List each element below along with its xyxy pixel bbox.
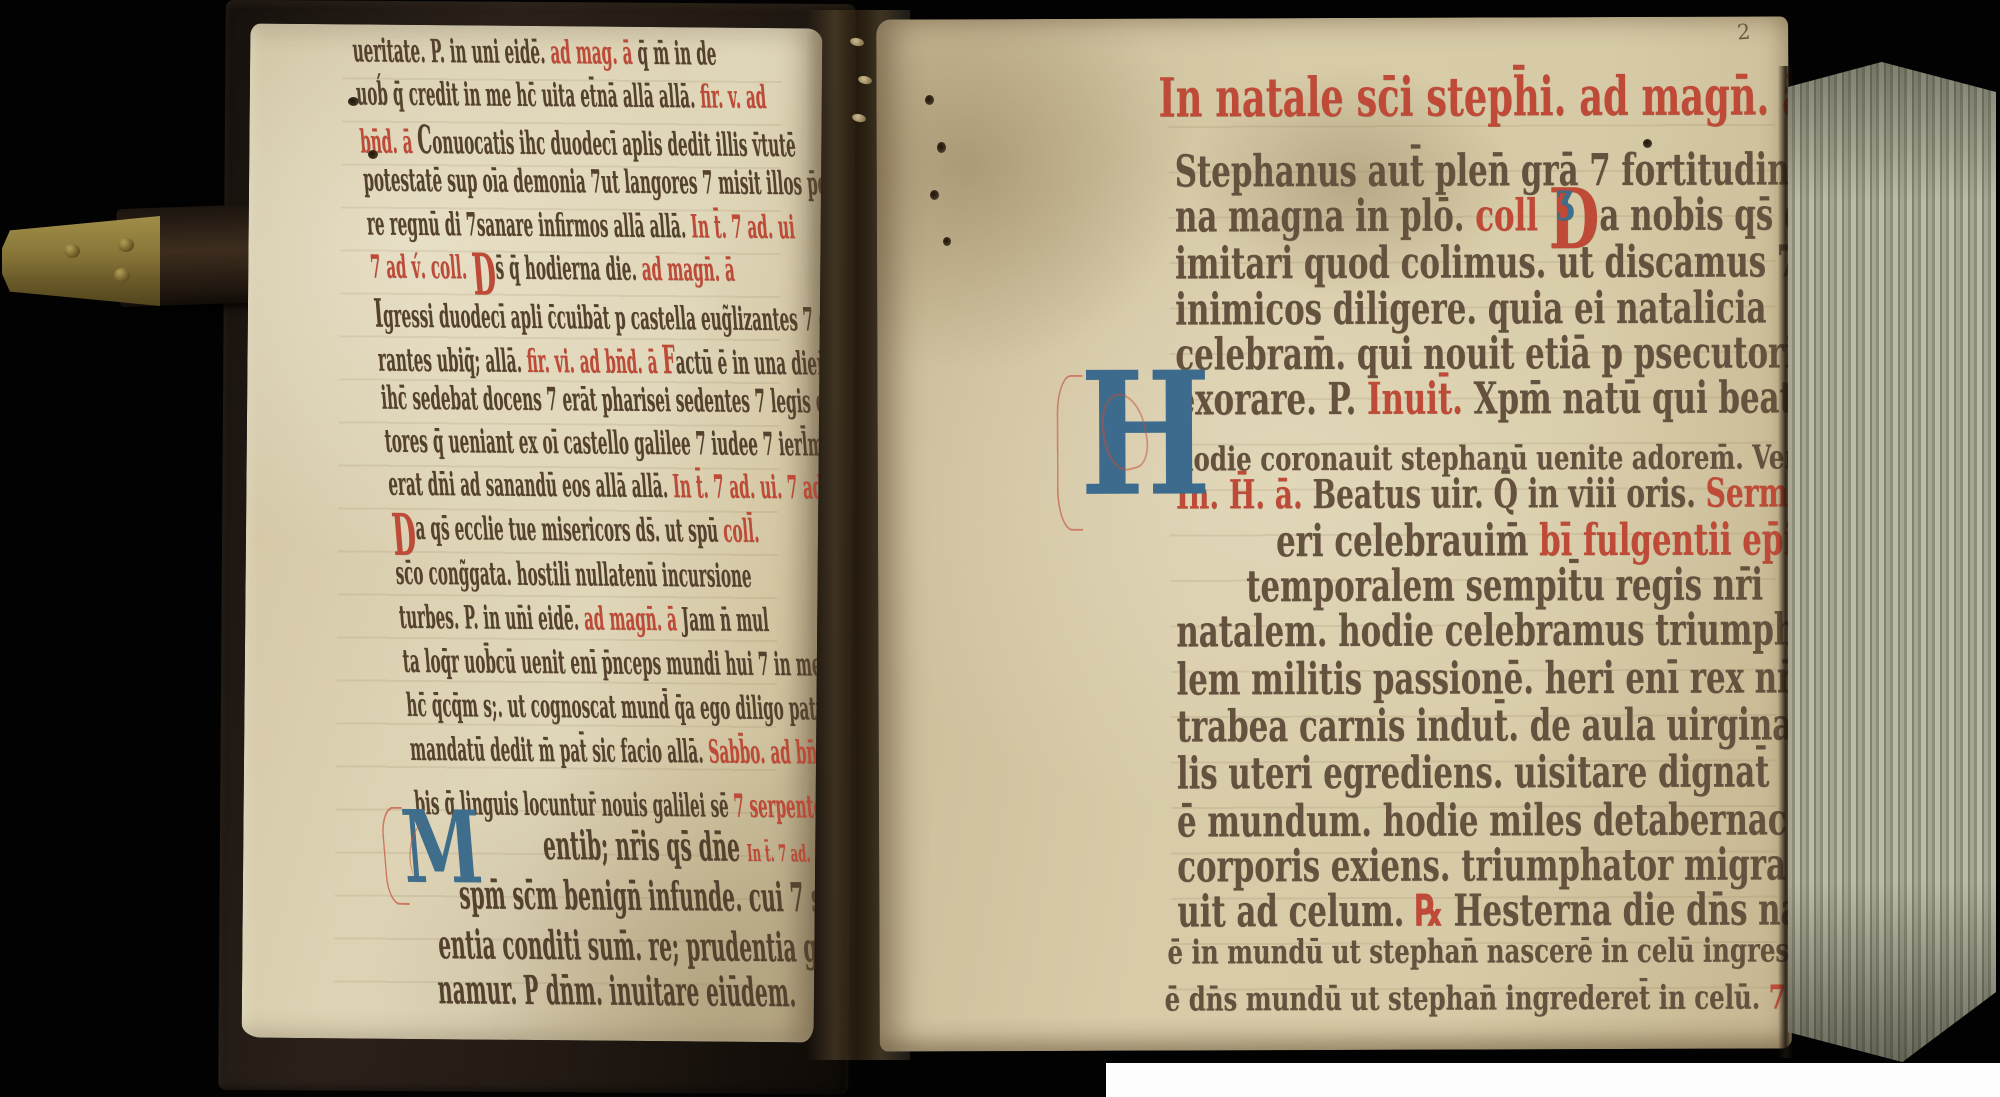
manuscript-text-line: Igressi duodecī apli c̄cuibāt p castella… bbox=[373, 295, 823, 338]
manuscript-text-line: lem militis passionē. heri enī rex nr̄ bbox=[1176, 656, 1791, 702]
text-run: 7 ad v́. coll. bbox=[369, 248, 474, 287]
right-page-text-block: In natale sc̄i steph̄i. ad magn̄. āSteph… bbox=[876, 16, 1792, 1051]
text-run: actū ē in una dier̄ bbox=[674, 343, 822, 382]
text-run: spm̄ sc̄m benign̄ infunde. cui 7 sapi bbox=[457, 871, 822, 922]
text-run: ad magn̄. ā bbox=[582, 599, 683, 638]
manuscript-text-line: turbes. P. in un̄i eidē. ad magn̄. ā Jam… bbox=[398, 601, 770, 636]
text-run: imitari quod colimus. ut discamus 7 bbox=[1175, 236, 1792, 289]
text-run: bī fulgentii ep̄i bbox=[1539, 514, 1792, 566]
manuscript-text-line: lis uteri egrediens. uisitare dignat̄ bbox=[1177, 750, 1770, 796]
manuscript-text-line: sc̄o cong̃gata. hostili nullatenū incurs… bbox=[394, 557, 752, 592]
wormhole bbox=[943, 237, 951, 246]
manuscript-text-line: mandatū dedit m̄ pat̄ sic facio allā. Sa… bbox=[409, 733, 823, 769]
text-run: namur. P dn̄m. inuitare eiūdem. bbox=[436, 966, 798, 1016]
text-run: lis uteri egrediens. uisitare dignat̄ bbox=[1177, 746, 1770, 799]
manuscript-text-line: uob́ q̄ credit in me hc̄ uita et̄nā allā… bbox=[355, 77, 768, 113]
manuscript-text-line: potestatē sup oīa demonia 7ut langores 7… bbox=[362, 164, 823, 200]
manuscript-text-line: tores q̄ ueniant ex oī castello galilee … bbox=[383, 425, 822, 461]
text-run: coll̄. bbox=[722, 512, 761, 550]
text-run: ē dn̄s mundū ut stephan̄ ingrederet̄ in … bbox=[1165, 977, 1769, 1018]
text-run: trabea carnis indut̄. de aula uirgina bbox=[1177, 699, 1792, 752]
text-run: turbes. P. in un̄i eidē. bbox=[398, 598, 586, 638]
text-run: erat dn̄i ad sanandū eos allā allā. bbox=[387, 465, 675, 506]
manuscript-text-line: In natale sc̄i steph̄i. ad magn̄. ā bbox=[1158, 68, 1791, 124]
manuscript-text-line: Stephanus aut̄ plen̄ grā 7 fortitudine f… bbox=[1175, 148, 1792, 195]
text-run: a qs̄ ecclie tue misericors ds̄. ut spū bbox=[414, 509, 725, 550]
manuscript-text-line: ueritate. P. in uni eidē. ad mag. ā q̄ m… bbox=[351, 34, 717, 69]
manuscript-text-line: entib; nr̄is qs̄ dn̄e In t̄. 7 ad. ui. c… bbox=[541, 826, 822, 869]
brass-clasp-plate bbox=[2, 216, 160, 306]
text-run: ueritate. P. in uni eidē. bbox=[351, 31, 552, 71]
text-run: uit ad celum. bbox=[1177, 886, 1415, 938]
manuscript-text-line: corporis exiens. triumphator migra bbox=[1177, 843, 1786, 889]
wormhole bbox=[937, 142, 946, 153]
manuscript-text-line: 7 ad v́. coll. Ds̄ q̄ hodierna die. ad m… bbox=[369, 251, 736, 286]
wormhole bbox=[348, 97, 359, 106]
manuscript-text-line: hc̄ q̄cq̄m s;. ut cognoscat mund̄ q̄a eg… bbox=[405, 689, 822, 725]
manuscript-text-line: Da qs̄ ecclie tue misericors ds̄. ut spū… bbox=[391, 512, 761, 547]
manuscript-text-line: entia conditi sum̄. re; prudentia guber bbox=[436, 925, 822, 969]
binding-stitch bbox=[851, 113, 866, 124]
text-run: eri celebrauim̄ bbox=[1276, 515, 1539, 567]
manuscript-text-line: ē dn̄s mundū ut stephan̄ ingrederet̄ in … bbox=[1165, 980, 1792, 1015]
text-run: potestatē sup oīa demonia 7ut langores 7… bbox=[362, 160, 823, 202]
manuscript-text-line: inimicos diligere. quia ei natalicia bbox=[1175, 286, 1766, 332]
text-run: onuocatis ihc duodecī aplis dedit illis … bbox=[431, 123, 798, 164]
manuscript-text-line: spm̄ sc̄m benign̄ infunde. cui 7 sapi bbox=[457, 875, 822, 919]
text-run: fir. vi. ad bn̄d. ā bbox=[525, 342, 664, 381]
text-run: tores q̄ ueniant ex oī castello galilee … bbox=[383, 422, 822, 464]
text-run: ta loq̄r uob̄cū uenit enī p̄nceps mundi … bbox=[401, 642, 822, 684]
text-run: s̄ q̄ hodierna die. bbox=[494, 249, 643, 288]
manuscript-text-line: na magna in plō. coll Da nobis qs̄ dn̄e bbox=[1175, 193, 1792, 239]
manuscript-text-line: eri celebrauim̄ bī fulgentii ep̄i bbox=[1276, 518, 1792, 564]
text-run: Jam n̄ mul bbox=[680, 600, 770, 639]
wormhole bbox=[925, 95, 934, 105]
text-run: na magna in plō. bbox=[1175, 191, 1475, 243]
text-run: ℞ bbox=[1415, 886, 1454, 937]
text-run: uob́ q̄ credit in me hc̄ uita et̄nā allā… bbox=[355, 74, 702, 115]
manuscript-text-line: imitari quod colimus. ut discamus 7 bbox=[1175, 240, 1792, 286]
manuscript-text-line: exorare. P. Inuit̄. Xpm̄ natū qui beatū bbox=[1175, 376, 1791, 422]
clasp-rivet bbox=[114, 268, 130, 282]
text-run: re regnū di 7sanare infirmos allā allā. bbox=[365, 205, 692, 246]
manuscript-text-line: re regnū di 7sanare infirmos allā allā. … bbox=[365, 208, 795, 244]
text-run: entib; nr̄is qs̄ dn̄e bbox=[541, 822, 749, 871]
wormhole bbox=[1643, 139, 1652, 148]
left-page-verso: ueritate. P. in uni eidē. ad mag. ā q̄ m… bbox=[242, 24, 823, 1043]
text-run: coll bbox=[1475, 190, 1549, 241]
manuscript-text-line: namur. P dn̄m. inuitare eiūdem. bbox=[436, 970, 797, 1013]
manuscript-photo: ueritate. P. in uni eidē. ad mag. ā q̄ m… bbox=[0, 0, 2000, 1097]
clasp-rivet bbox=[118, 238, 134, 252]
text-run: q̄ m̄ in de bbox=[636, 34, 718, 73]
text-run: natalem. hodie celebramus triumpha bbox=[1176, 604, 1792, 657]
text-run: ad magn̄. ā bbox=[640, 250, 736, 289]
white-backdrop-strip bbox=[1106, 1063, 2000, 1097]
text-run: hc̄ q̄cq̄m s;. ut cognoscat mund̄ q̄a eg… bbox=[405, 686, 823, 728]
text-run: Inuit̄. bbox=[1367, 374, 1474, 425]
text-run: fir. v. ad bbox=[699, 77, 768, 116]
illuminated-initial-h: H bbox=[1079, 362, 1211, 507]
manuscript-text-line: ē mundum. hodie miles detabernaclō bbox=[1177, 798, 1792, 844]
text-run: In natale sc̄i steph̄i. ad magn̄. ā bbox=[1158, 63, 1791, 129]
folio-number: 2 bbox=[1736, 20, 1751, 45]
text-run: ihc̄ sedebat docens 7 erāt pharisei sede… bbox=[380, 379, 823, 421]
text-run: In t̄. 7 ad. ui bbox=[689, 207, 796, 246]
text-run: entia conditi sum̄. re; prudentia guber bbox=[436, 921, 822, 972]
manuscript-text-line: ihc̄ sedebat docens 7 erāt pharisei sede… bbox=[380, 382, 823, 418]
manuscript-text-line: rantes ubiq̄; allā. fir. vi. ad bn̄d. ā … bbox=[376, 339, 822, 382]
wormhole bbox=[930, 190, 939, 200]
text-run: Xpm̄ natū qui beatū bbox=[1473, 372, 1791, 424]
manuscript-text-line: celebram̄. qui nouit etiā p psecutorib; bbox=[1175, 331, 1791, 377]
clasp-rivet bbox=[64, 244, 80, 258]
binding-stitch bbox=[857, 75, 872, 86]
text-run: Hesterna die dn̄s natus bbox=[1453, 884, 1791, 936]
text-run: sc̄o cong̃gata. hostili nullatenū incurs… bbox=[394, 554, 753, 595]
manuscript-text-line: ta loq̄r uob̄cū uenit enī p̄nceps mundi … bbox=[401, 645, 822, 681]
left-page-text-block: ueritate. P. in uni eidē. ad mag. ā q̄ m… bbox=[250, 24, 822, 1043]
manuscript-text-line: natalem. hodie celebramus triumpha bbox=[1176, 608, 1792, 654]
right-page-recto: In natale sc̄i steph̄i. ad magn̄. āSteph… bbox=[876, 16, 1792, 1051]
text-run: gressi duodecī apli c̄cuibāt p castella … bbox=[381, 297, 822, 339]
manuscript-text-line: erat dn̄i ad sanandū eos allā allā. In t… bbox=[387, 468, 823, 504]
text-run: ad mag. ā bbox=[549, 33, 639, 72]
text-run: rantes ubiq̄; allā. bbox=[376, 341, 528, 380]
text-run: Beatus uir. Q̄ in viii oris. bbox=[1312, 470, 1705, 518]
manuscript-text-line: ē in mundū ut stephan̄ nascerē in celū i… bbox=[1167, 933, 1791, 968]
wormhole bbox=[368, 150, 378, 159]
text-run: lem militis passionē. heri enī rex nr̄ bbox=[1176, 652, 1791, 705]
text-run: ē in mundū ut stephan̄ nascerē in celū i… bbox=[1167, 930, 1791, 971]
text-run: a nobis qs̄ dn̄e bbox=[1599, 189, 1792, 241]
text-run: mandatū dedit m̄ pat̄ sic facio allā. bbox=[408, 730, 709, 771]
manuscript-text-line: In. H̄. ā. Beatus uir. Q̄ in viii oris. … bbox=[1176, 473, 1792, 515]
manuscript-text-line: temporalem sempit̄u regis nr̄i bbox=[1246, 564, 1763, 610]
fore-edge-leaf-stack bbox=[1788, 62, 1996, 1062]
manuscript-text-line: trabea carnis indut̄. de aula uirgina bbox=[1177, 703, 1792, 749]
binding-stitch bbox=[849, 37, 864, 48]
manuscript-text-line: bn̄d. ā Conuocatis ihc duodecī aplis ded… bbox=[358, 120, 797, 163]
manuscript-text-line: uit ad celum. ℞ Hesterna die dn̄s natus bbox=[1177, 888, 1792, 934]
text-run: In t̄. 7 ad. ui. 7 ad bbox=[671, 467, 822, 506]
